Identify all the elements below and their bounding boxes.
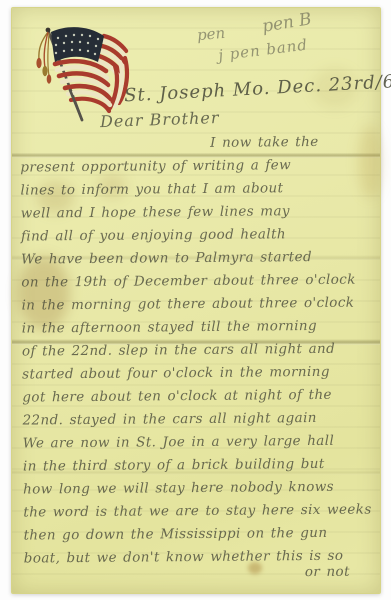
letter-line: We are now in St. Joe in a very large ha… [23, 429, 377, 455]
letter-line: got here about ten o'clock at night of t… [22, 383, 376, 409]
letter-line: find all of you enjoying good health [21, 222, 375, 248]
letter-line: in the morning got there about three o'c… [21, 291, 375, 317]
letter-line: on the 19th of December about three o'cl… [21, 268, 375, 294]
letter-line: I now take the [20, 130, 374, 156]
pencil-scribble: pen B [261, 9, 313, 37]
letter-line: started about four o'clock in the mornin… [22, 360, 376, 386]
letter-line: 22nd. stayed in the cars all night again [22, 406, 376, 432]
letter-line: in the afternoon stayed till the morning [22, 314, 376, 340]
letter-body: I now take the present opportunity of wr… [20, 130, 378, 586]
letter-line: well and I hope these few lines may [21, 199, 375, 225]
flag-canton [51, 27, 104, 62]
pencil-scribble: pen [196, 24, 226, 44]
letter-line: in the third story of a brick building b… [23, 452, 377, 478]
letter-line: We have been down to Palmyra started [21, 245, 375, 271]
flag-tassels [36, 32, 51, 84]
letter-line: lines to inform you that I am about [20, 176, 374, 202]
letter-line: how long we will stay here nobody knows [23, 475, 377, 501]
letter-line: then go down the Mississippi on the gun [23, 521, 377, 547]
letter-paper: pen pen B j pen band St. Joseph Mo. Dec.… [11, 7, 381, 594]
letter-salutation: Dear Brother [100, 108, 220, 131]
letter-line: the word is that we are to stay here six… [23, 498, 377, 524]
scanned-letter-photo: pen pen B j pen band St. Joseph Mo. Dec.… [0, 0, 391, 600]
letter-line: of the 22nd. slep in the cars all night … [22, 337, 376, 363]
letter-line: present opportunity of writing a few [20, 153, 374, 179]
pencil-scribble: j pen band [217, 36, 309, 65]
